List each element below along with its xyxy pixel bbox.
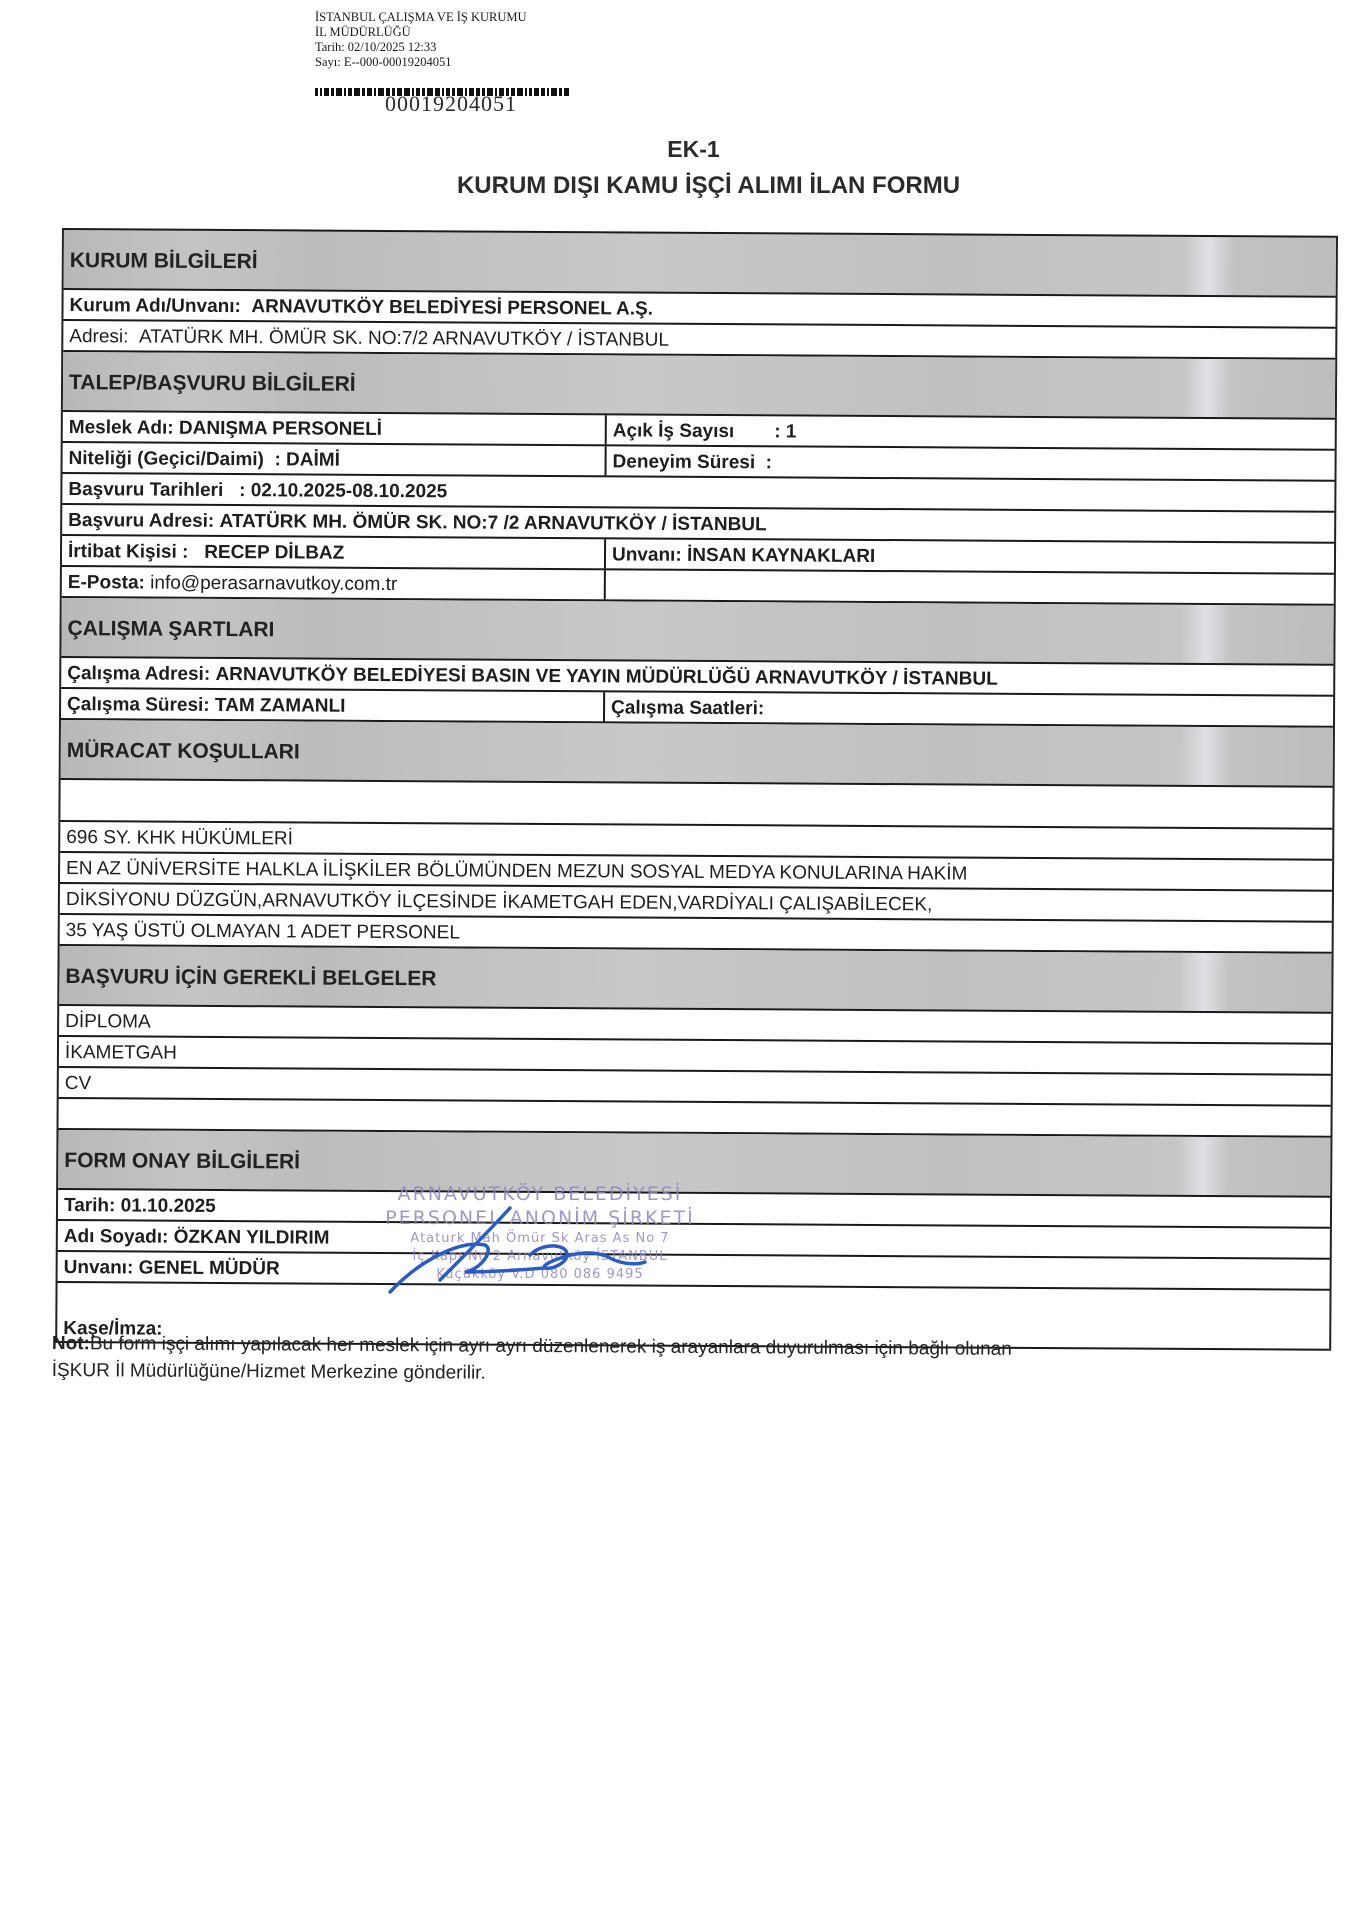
annex-label: EK-1 [0, 136, 1357, 163]
field-label: E-Posta: [68, 570, 145, 595]
experience-value: : [766, 450, 772, 475]
footnote: Not:Bu form işçi alımı yapılacak her mes… [52, 1330, 1052, 1390]
institution-name: ARNAVUTKÖY BELEDİYESİ PERSONEL A.Ş. [251, 294, 653, 321]
application-address-value: ATATÜRK MH. ÖMÜR SK. NO:7 /2 ARNAVUTKÖY … [219, 509, 766, 537]
open-positions-value: : 1 [774, 419, 796, 444]
nature-value: : DAİMİ [274, 447, 340, 472]
section-title: KURUM BİLGİLERİ [64, 246, 1336, 281]
field-label: Adı Soyadı: [64, 1224, 169, 1250]
section-institution-header: KURUM BİLGİLERİ [64, 228, 1336, 298]
work-duration-value: TAM ZAMANLI [215, 693, 346, 719]
section-documents-header: BAŞVURU İÇİN GEREKLİ BELGELER [59, 946, 1331, 1014]
field-label: Kurum Adı/Unvanı: [69, 293, 241, 319]
section-title: BAŞVURU İÇİN GEREKLİ BELGELER [59, 961, 1331, 996]
field-label: Başvuru Adresi: [68, 508, 214, 534]
work-address-value: ARNAVUTKÖY BELEDİYESİ BASIN VE YAYIN MÜD… [215, 662, 997, 692]
approver-title: GENEL MÜDÜR [139, 1255, 280, 1281]
registration-stamp: İSTANBUL ÇALIŞMA VE İŞ KURUMU İL MÜDÜRLÜ… [315, 10, 527, 70]
approver-name: ÖZKAN YILDIRIM [174, 1225, 330, 1251]
signature-icon [370, 1200, 660, 1300]
stamp-institution-line: İSTANBUL ÇALIŞMA VE İŞ KURUMU [315, 10, 527, 25]
field-label: Başvuru Tarihleri [68, 477, 223, 503]
stamp-date: Tarih: 02/10/2025 12:33 [315, 40, 527, 55]
section-requirements-header: MÜRACAT KOŞULLARI [61, 720, 1333, 788]
section-title: TALEP/BAŞVURU BİLGİLERİ [63, 368, 1335, 403]
field-label: Açık İş Sayısı [613, 418, 735, 444]
section-title: MÜRACAT KOŞULLARI [61, 736, 1333, 771]
form-title: KURUM DIŞI KAMU İŞÇİ ALIMI İLAN FORMU [0, 172, 1357, 200]
field-label: Çalışma Adresi: [67, 661, 210, 687]
section-title: FORM ONAY BİLGİLERİ [58, 1145, 1330, 1180]
section-working-conditions-header: ÇALIŞMA ŞARTLARI [61, 598, 1333, 666]
institution-address: ATATÜRK MH. ÖMÜR SK. NO:7/2 ARNAVUTKÖY /… [139, 324, 669, 352]
field-label: Çalışma Saatleri: [611, 695, 764, 721]
field-label: Unvanı: [612, 542, 682, 567]
email-link[interactable]: info@perasarnavutkoy.com.tr [150, 571, 397, 598]
field-label: Deneyim Süresi [613, 449, 756, 475]
section-title: ÇALIŞMA ŞARTLARI [61, 614, 1333, 649]
field-label: Tarih: [64, 1193, 116, 1218]
occupation-value: DANIŞMA PERSONELİ [179, 416, 382, 442]
field-label: Adresi: [69, 324, 128, 349]
note-label: Not: [52, 1333, 90, 1354]
contact-title: İNSAN KAYNAKLARI [687, 543, 875, 569]
stamp-directorate-line: İL MÜDÜRLÜĞÜ [315, 25, 527, 40]
section-application-header: TALEP/BAŞVURU BİLGİLERİ [63, 352, 1335, 420]
stamp-number: Sayı: E--000-00019204051 [315, 55, 527, 70]
field-label: Niteliği (Geçici/Daimi) [69, 446, 264, 472]
field-label: İrtibat Kişisi : [68, 539, 189, 565]
barcode-number: 00019204051 [385, 94, 517, 114]
note-text: Bu form işçi alımı yapılacak her meslek … [52, 1333, 1012, 1383]
field-label: Meslek Adı: [69, 415, 174, 441]
approval-date-value: 01.10.2025 [121, 1193, 216, 1219]
contact-person: RECEP DİLBAZ [204, 540, 344, 566]
field-label: Çalışma Süresi: [67, 692, 210, 718]
field-label: Unvanı: [64, 1255, 134, 1280]
application-dates-value: : 02.10.2025-08.10.2025 [239, 478, 447, 504]
